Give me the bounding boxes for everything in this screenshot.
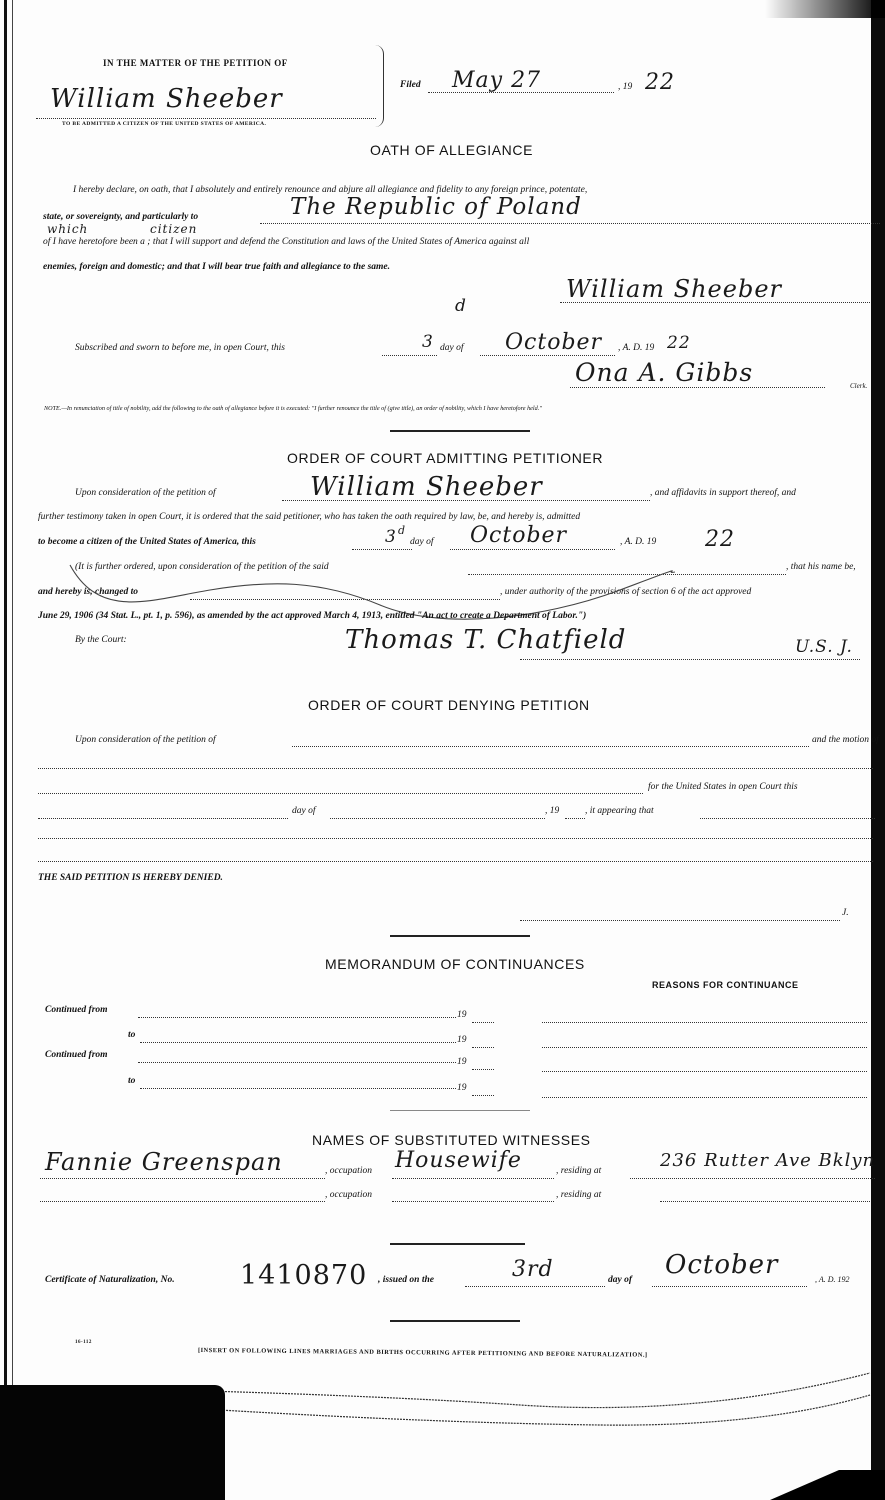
memo-row-year-line — [472, 1069, 494, 1070]
judge-suffix: U.S. J. — [795, 637, 853, 657]
memo-row-reason-line — [542, 1022, 867, 1023]
right-scan-shadow — [871, 0, 885, 1500]
name-change-line-1-suffix: , that his name be, — [786, 562, 856, 572]
sworn-day-line — [382, 355, 437, 356]
insert-citizen: citizen — [150, 222, 197, 236]
memo-row-reason-line — [542, 1097, 867, 1098]
sworn-ad: , A. D. 19 — [618, 343, 654, 353]
certificate-day-label: day of — [608, 1275, 632, 1285]
witness-occupation-line — [392, 1178, 554, 1179]
left-border-inner — [12, 0, 13, 1500]
deny-reason-line-3 — [38, 861, 873, 862]
witness-residence-line — [630, 1178, 875, 1179]
section-divider — [390, 430, 530, 432]
section-divider — [390, 935, 530, 937]
nobility-note: NOTE.—In renunciation of title of nobili… — [44, 405, 542, 412]
certificate-day: 3rd — [512, 1257, 554, 1282]
memo-row-line — [140, 1088, 456, 1089]
memo-row-label: Continued from — [45, 1050, 108, 1060]
memo-title: MEMORANDUM OF CONTINUANCES — [325, 956, 585, 972]
admit-line-3-prefix: to become a citizen of the United States… — [38, 537, 256, 547]
admit-day-label: day of — [410, 537, 433, 547]
left-border — [4, 0, 7, 1500]
witness-occupation-label: , occupation — [325, 1190, 372, 1200]
top-scan-shadow — [765, 0, 885, 18]
filed-label: Filed — [400, 80, 421, 90]
certificate-ad: , A. D. 192 — [815, 1275, 850, 1284]
memo-row-label: to — [128, 1076, 135, 1086]
filed-year: 22 — [645, 70, 675, 95]
memo-row-year: 19 — [457, 1083, 467, 1093]
deny-title: ORDER OF COURT DENYING PETITION — [308, 697, 590, 713]
admit-line-2: further testimony taken in open Court, i… — [38, 512, 580, 522]
deny-day-line — [38, 818, 288, 819]
deny-judge-suffix: J. — [842, 908, 849, 918]
witness-occupation: Housewife — [395, 1148, 522, 1173]
certificate-label: Certificate of Naturalization, No. — [45, 1275, 175, 1285]
insert-note: [INSERT ON FOLLOWING LINES MARRIAGES AND… — [198, 1347, 648, 1359]
admit-month: October — [470, 523, 567, 548]
oath-line-4: enemies, foreign and domestic; and that … — [43, 262, 390, 272]
witness-residence: 236 Rutter Ave Bklyn — [660, 1150, 875, 1171]
certificate-issued-label: , issued on the — [378, 1275, 434, 1285]
deny-reason-line-2 — [38, 838, 873, 839]
clerk-signature: Ona A. Gibbs — [575, 358, 753, 387]
deny-day-label: day of — [292, 806, 315, 816]
judge-signature: Thomas T. Chatfield — [345, 625, 626, 655]
section-divider — [390, 1320, 520, 1322]
deny-petitioner-line — [292, 746, 809, 747]
memo-row-label: to — [128, 1030, 135, 1040]
section-divider — [390, 1243, 525, 1245]
naturalization-petition-page: IN THE MATTER OF THE PETITION OF William… — [0, 0, 885, 1500]
admit-day: 3 — [385, 527, 397, 547]
witness-residing-label: , residing at — [556, 1166, 601, 1176]
reasons-header: REASONS FOR CONTINUANCE — [652, 980, 799, 990]
memo-row-year: 19 — [457, 1035, 467, 1045]
memo-row-year-line — [472, 1047, 494, 1048]
insert-which: which — [47, 222, 88, 236]
oath-signature-line — [560, 302, 870, 303]
witness-occupation-label: , occupation — [325, 1166, 372, 1176]
witness-name-line — [40, 1178, 325, 1179]
sworn-day-label: day of — [440, 343, 463, 353]
witnesses-title: NAMES OF SUBSTITUTED WITNESSES — [312, 1132, 591, 1148]
memo-row-line — [138, 1017, 456, 1018]
section-divider — [390, 1110, 530, 1111]
petitioner-oath-signature: William Sheeber — [566, 275, 782, 303]
admit-title: ORDER OF COURT ADMITTING PETITIONER — [287, 450, 603, 466]
admit-day-suffix: d — [398, 524, 406, 537]
admit-month-line — [450, 549, 615, 550]
sworn-prefix: Subscribed and sworn to before me, in op… — [75, 343, 285, 353]
petitioner-name: William Sheeber — [50, 84, 283, 114]
oath-title: OATH OF ALLEGIANCE — [370, 142, 533, 158]
memo-row-year: 19 — [457, 1010, 467, 1020]
witness-name-line — [40, 1201, 325, 1202]
admit-year: 22 — [705, 527, 735, 552]
sworn-day-suffix: d — [455, 296, 467, 316]
admit-line-1-suffix: , and affidavits in support thereof, and — [650, 488, 796, 498]
memo-row-reason-line — [542, 1047, 867, 1048]
deny-reason-line — [700, 818, 875, 819]
deny-appearing: , it appearing that — [585, 806, 654, 816]
admit-day-line — [352, 549, 412, 550]
memo-row-line — [140, 1042, 456, 1043]
memo-row-label: Continued from — [45, 1005, 108, 1015]
witness-occupation-line — [392, 1201, 554, 1202]
sworn-year: 22 — [667, 333, 691, 353]
deny-year-line — [565, 818, 585, 819]
deny-year-prefix: , 19 — [545, 806, 559, 816]
certificate-month-line — [652, 1286, 807, 1287]
name-change-line-3: June 29, 1906 (34 Stat. L., pt. 1, p. 59… — [38, 611, 586, 621]
memo-row-reason-line — [542, 1071, 867, 1072]
scan-black-corner-right — [770, 1470, 885, 1500]
memo-row-line — [138, 1062, 456, 1063]
memo-row-year-line — [472, 1095, 494, 1096]
form-number: 16-112 — [75, 1340, 92, 1345]
certificate-number: 1410870 — [240, 1260, 367, 1291]
oath-line-2-prefix: state, or sovereignty, and particularly … — [43, 212, 198, 222]
admit-line-1-prefix: Upon consideration of the petition of — [75, 488, 216, 498]
filed-date: May 27 — [452, 68, 541, 93]
oath-line-3: of I have heretofore been a ; that I wil… — [43, 237, 529, 247]
matter-label: IN THE MATTER OF THE PETITION OF — [103, 58, 288, 68]
memo-row-year: 19 — [457, 1057, 467, 1067]
admitted-caption: TO BE ADMITTED A CITIZEN OF THE UNITED S… — [62, 121, 266, 127]
deny-month-line — [330, 818, 545, 819]
sworn-month: October — [505, 330, 602, 355]
header-bracket — [375, 45, 384, 127]
deny-blank-line-3 — [38, 793, 643, 794]
deny-denied: THE SAID PETITION IS HEREBY DENIED. — [38, 873, 223, 883]
scan-black-corner — [0, 1385, 225, 1500]
admit-petitioner: William Sheeber — [310, 472, 543, 502]
deny-line-1-suffix: and the motion of — [812, 735, 879, 745]
witness-residing-label: , residing at — [556, 1190, 601, 1200]
petitioner-name-line — [36, 118, 376, 119]
clerk-signature-line — [570, 387, 825, 388]
sworn-day: 3 — [422, 332, 434, 352]
sworn-month-line — [480, 355, 615, 356]
certificate-day-line — [465, 1286, 605, 1287]
admit-ad: , A. D. 19 — [620, 537, 656, 547]
certificate-month: October — [665, 1250, 778, 1280]
deny-line-3-suffix: for the United States in open Court this — [648, 782, 798, 792]
clerk-label: Clerk. — [850, 382, 867, 390]
deny-blank-line-2 — [38, 768, 873, 769]
deny-line-1-prefix: Upon consideration of the petition of — [75, 735, 216, 745]
sovereign-line — [260, 223, 880, 224]
memo-row-year-line — [472, 1022, 494, 1023]
sovereign-name: The Republic of Poland — [290, 194, 582, 220]
judge-signature-line — [520, 659, 860, 660]
filed-year-prefix: , 19 — [618, 82, 632, 92]
deny-judge-line — [520, 920, 840, 921]
by-the-court: By the Court: — [75, 635, 127, 645]
witness-name: Fannie Greenspan — [45, 1148, 283, 1176]
witness-residence-line — [660, 1201, 870, 1202]
